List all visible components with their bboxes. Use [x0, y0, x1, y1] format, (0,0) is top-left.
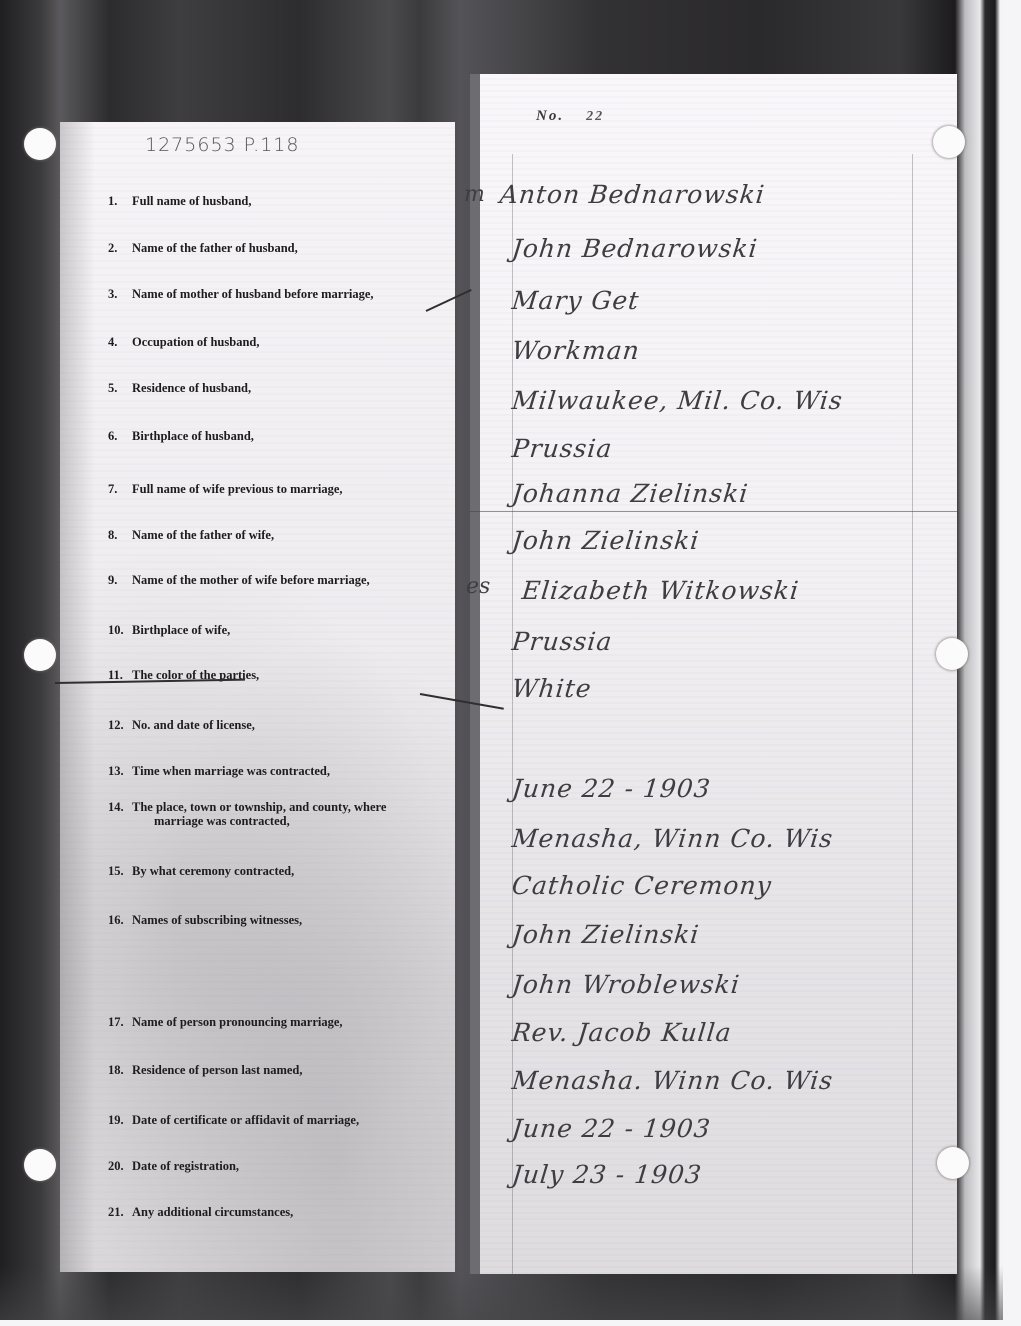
field-label-3: 3.Name of mother of husband before marri…	[108, 287, 374, 301]
certificate-number: No.22	[536, 108, 604, 125]
field-label-4: 4.Occupation of husband,	[108, 335, 259, 349]
field-label-2: 2.Name of the father of husband,	[108, 241, 298, 255]
entry-husband-father: John Bednarowski	[510, 234, 759, 263]
binder-hole	[24, 639, 56, 671]
binder-hole	[933, 126, 965, 158]
field-label-10: 10.Birthplace of wife,	[108, 623, 230, 637]
scan-edge-strip	[1003, 0, 1021, 1326]
entry-officiant: Rev. Jacob Kulla	[510, 1018, 733, 1047]
margin-mark: es	[466, 574, 490, 599]
ruled-line-vertical	[512, 154, 513, 1274]
field-label-8: 8.Name of the father of wife,	[108, 528, 274, 542]
entry-registration-date: July 23 - 1903	[510, 1160, 703, 1189]
field-label-15: 15.By what ceremony contracted,	[108, 864, 294, 878]
margin-mark: m	[464, 182, 485, 207]
field-label-1: 1.Full name of husband,	[108, 194, 251, 208]
field-label-7: 7.Full name of wife previous to marriage…	[108, 482, 343, 496]
field-label-5: 5.Residence of husband,	[108, 381, 251, 395]
binder-hole	[937, 1147, 969, 1179]
entry-ceremony: Catholic Ceremony	[510, 871, 773, 900]
field-label-6: 6.Birthplace of husband,	[108, 429, 254, 443]
field-label-16: 16.Names of subscribing witnesses,	[108, 913, 302, 927]
entry-occupation: Workman	[510, 336, 641, 365]
field-label-14: 14.The place, town or township, and coun…	[108, 800, 386, 828]
entry-husband-name: Anton Bednarowski	[498, 180, 766, 209]
entry-witness-1: John Zielinski	[510, 920, 701, 949]
entry-certificate-date: June 22 - 1903	[510, 1114, 712, 1143]
field-label-18: 18.Residence of person last named,	[108, 1063, 302, 1077]
scan-bottom-edge	[0, 1320, 1021, 1326]
field-label-20: 20.Date of registration,	[108, 1159, 239, 1173]
binder-hole	[24, 128, 56, 160]
entry-wife-birthplace: Prussia	[510, 627, 613, 656]
field-label-13: 13.Time when marriage was contracted,	[108, 764, 330, 778]
entry-husband-birthplace: Prussia	[510, 434, 613, 463]
entry-witness-2: John Wroblewski	[510, 970, 741, 999]
entry-wife-father: John Zielinski	[510, 526, 701, 555]
entry-color: White	[510, 674, 593, 703]
entry-marriage-place: Menasha, Winn Co. Wis	[510, 824, 834, 853]
reference-number: 1275653 P.118	[145, 134, 299, 156]
form-labels-page: 1275653 P.118 1.Full name of husband, 2.…	[60, 122, 455, 1272]
entry-husband-residence: Milwaukee, Mil. Co. Wis	[510, 386, 844, 415]
ruled-line-vertical	[912, 154, 913, 1274]
ruled-line-horizontal	[470, 511, 957, 512]
field-label-9: 9.Name of the mother of wife before marr…	[108, 573, 370, 587]
entry-marriage-time: June 22 - 1903	[510, 774, 712, 803]
binder-hole	[24, 1149, 56, 1181]
field-label-17: 17.Name of person pronouncing marriage,	[108, 1015, 343, 1029]
field-label-12: 12.No. and date of license,	[108, 718, 255, 732]
entry-wife-mother: Elizabeth Witkowski	[520, 576, 800, 605]
field-label-19: 19.Date of certificate or affidavit of m…	[108, 1113, 359, 1127]
handwritten-entries-page: No.22 m es Anton Bednarowski John Bednar…	[470, 74, 957, 1274]
entry-wife-name: Johanna Zielinski	[510, 479, 749, 508]
field-label-21: 21.Any additional circumstances,	[108, 1205, 293, 1219]
entry-officiant-residence: Menasha. Winn Co. Wis	[510, 1066, 834, 1095]
entry-husband-mother: Mary Get	[510, 286, 640, 315]
binder-hole	[936, 638, 968, 670]
